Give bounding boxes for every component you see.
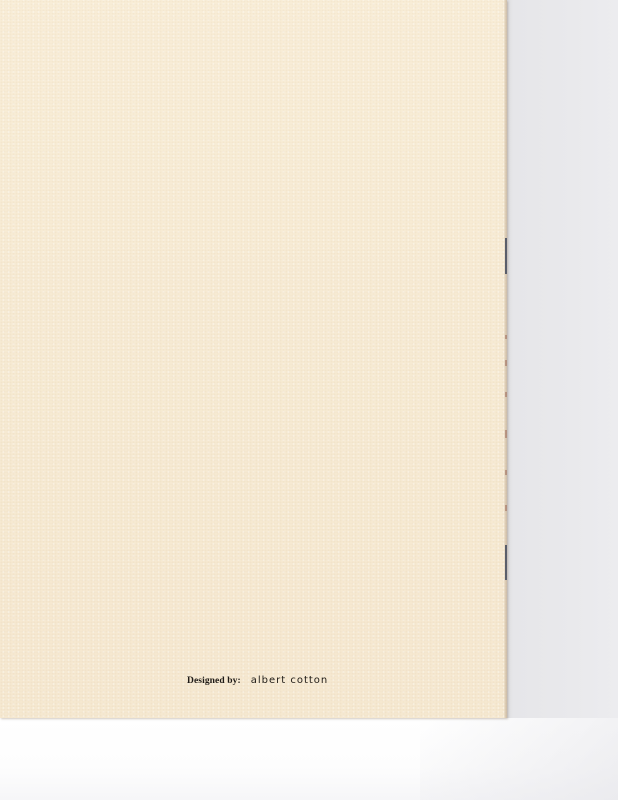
staple-top xyxy=(505,238,507,274)
scanner-background-shadow xyxy=(420,718,618,800)
spine-mark xyxy=(505,430,507,438)
staple-bottom xyxy=(505,545,507,580)
spine-edge xyxy=(504,0,507,718)
spine-mark xyxy=(505,392,507,397)
designer-name: albert cotton xyxy=(251,675,329,685)
back-cover-page: Designed by: albert cotton xyxy=(0,0,507,718)
credit-label: Designed by: xyxy=(187,676,241,686)
spine-mark xyxy=(505,360,507,366)
spine-mark xyxy=(505,470,507,475)
spine-mark xyxy=(505,335,507,339)
designer-credit: Designed by: albert cotton xyxy=(187,675,328,686)
spine-mark xyxy=(505,505,507,511)
scanner-background-right xyxy=(507,0,618,720)
